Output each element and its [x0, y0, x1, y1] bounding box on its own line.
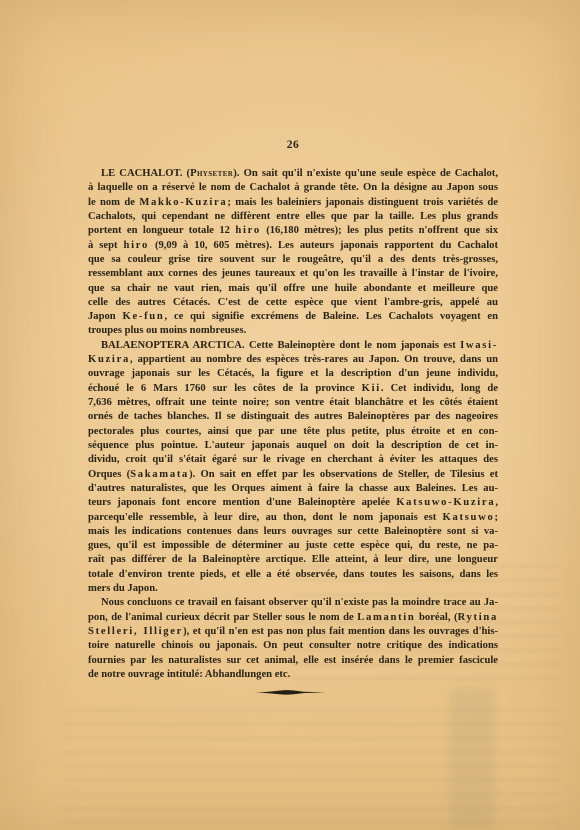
letterspaced-term: Ke-fun	[123, 311, 165, 322]
text-line: échoué le 6 Mars 1760 sur les côtes de l…	[88, 382, 498, 396]
page-number: 26	[88, 139, 498, 151]
body-text: ;	[494, 512, 498, 523]
text-line: pectorales plus courtes, ainsi que par u…	[88, 425, 498, 439]
body-text: celle des autres Cétacés. C'est de cette…	[88, 297, 498, 308]
text-line: Kuzira, appartient au nombre des espèces…	[88, 353, 498, 367]
body-text: Cachalots, qui cependant ne diffèrent en…	[88, 211, 498, 222]
text-line: 7,636 mètres, offrait une teinte noire; …	[88, 396, 498, 410]
text-line: BALAENOPTERA ARCTICA. Cette Baleinoptère…	[88, 339, 498, 353]
body-text: (9,09 à 10, 605 mètres). Les auteurs jap…	[149, 240, 498, 251]
letterspaced-term: Makko-Kuzira	[139, 197, 227, 208]
text-line: le nom de Makko-Kuzira; mais les baleini…	[88, 196, 498, 210]
body-text: gues, qu'il est impossible de déterminer…	[88, 540, 498, 551]
letterspaced-term: Sakamata	[130, 469, 189, 480]
bleedthrough-texture	[450, 688, 494, 830]
text-line: dividu, croit qu'il s'était égaré sur le…	[88, 453, 498, 467]
body-text: . Cet individu, long de	[381, 383, 498, 394]
body-text: d'autres naturalistes, que les Orques ai…	[88, 483, 498, 494]
page: 26 LE CACHALOT. (Physeter). On sait qu'i…	[0, 0, 580, 830]
text-line: à sept hiro (9,09 à 10, 605 mètres). Les…	[88, 239, 498, 253]
text-line: mais les indications contenues dans leur…	[88, 525, 498, 539]
body-text: ; mais les baleiniers japonais distingue…	[227, 197, 498, 208]
text-line: que sa chair ne vaut rien, mais qu'il of…	[88, 282, 498, 296]
letterspaced-term: Kii	[362, 383, 381, 394]
letterspaced-term: Iwasi-	[460, 340, 498, 351]
text-line: portent en longueur totale 12 hiro (16,1…	[88, 224, 498, 238]
body-text: Japon	[88, 311, 123, 322]
text-line: Japon Ke-fun, ce qui signifie excrémens …	[88, 310, 498, 324]
body-text: 7,636 mètres, offrait une teinte noire; …	[88, 397, 498, 408]
body-text: , ce qui signifie excrémens de Baleine. …	[164, 311, 498, 322]
text-line: troupes plus ou moins nombreuses.	[88, 324, 498, 338]
latin-name: Physeter	[190, 168, 233, 179]
body-text: que sa couleur grise tire souvent sur le…	[88, 254, 498, 265]
body-text: séquence plus pointue. L'auteur japonais…	[88, 440, 498, 451]
body-text: le nom de	[88, 197, 139, 208]
body-text: dividu, croit qu'il s'était égaré sur le…	[88, 454, 498, 465]
letterspaced-term: hiro	[124, 240, 149, 251]
body-text: mais les indications contenues dans leur…	[88, 526, 498, 537]
text-line: à laquelle on a réservé le nom de Cachal…	[88, 181, 498, 195]
species-heading: BALAENOPTERA ARCTICA.	[101, 340, 245, 351]
text-line: teurs japonais font encore mention d'une…	[88, 496, 498, 510]
letterspaced-term: Katsuwo-Kuzira	[396, 497, 495, 508]
body-text: que sa chair ne vaut rien, mais qu'il of…	[88, 283, 498, 294]
body-text: (16,180 mètres); les plus petits n'offre…	[261, 225, 498, 236]
body-text: ). On sait en effet par les observations…	[189, 469, 498, 480]
letterspaced-term: Katsuwo	[443, 512, 495, 523]
body-text: teurs japonais font encore mention d'une…	[88, 497, 396, 508]
species-heading: LE CACHALOT. (	[101, 168, 190, 179]
body-text: On sait qu'il n'existe qu'une seule espè…	[239, 168, 498, 179]
body-text: ornés de taches blanches. Il se distingu…	[88, 411, 498, 422]
body-text: parcequ'elle ressemble, à leur dire, au …	[88, 512, 443, 523]
letterspaced-term: Kuzira	[88, 354, 130, 365]
text-line: ressemblant aux cornes des jeunes taurea…	[88, 267, 498, 281]
body-text: à sept	[88, 240, 124, 251]
body-text: ressemblant aux cornes des jeunes taurea…	[88, 268, 498, 279]
body-text: échoué le 6 Mars 1760 sur les côtes de l…	[88, 383, 362, 394]
text-line: d'autres naturalistes, que les Orques ai…	[88, 482, 498, 496]
body-text: Orques (	[88, 469, 130, 480]
body-text: pectorales plus courtes, ainsi que par u…	[88, 426, 498, 437]
body-text: portent en longueur totale 12	[88, 225, 235, 236]
text-line: Cachalots, qui cependant ne diffèrent en…	[88, 210, 498, 224]
text-line: ornés de taches blanches. Il se distingu…	[88, 410, 498, 424]
letterspaced-term: hiro	[235, 225, 260, 236]
text-line: parcequ'elle ressemble, à leur dire, au …	[88, 511, 498, 525]
bleedthrough-texture	[292, 556, 558, 688]
text-line: que sa couleur grise tire souvent sur le…	[88, 253, 498, 267]
text-line: Orques (Sakamata). On sait en effet par …	[88, 468, 498, 482]
body-text: Cette Baleinoptère dont le nom japonais …	[245, 340, 461, 351]
body-text: ouvrage japonais sur les Cétacés, la fig…	[88, 368, 498, 379]
text-line: celle des autres Cétacés. C'est de cette…	[88, 296, 498, 310]
text-line: séquence plus pointue. L'auteur japonais…	[88, 439, 498, 453]
text-line: gues, qu'il est impossible de déterminer…	[88, 539, 498, 553]
body-text: à laquelle on a réservé le nom de Cachal…	[88, 182, 498, 193]
section-divider	[254, 689, 326, 696]
body-text: mers du Japon.	[88, 583, 158, 594]
body-text: troupes plus ou moins nombreuses.	[88, 325, 246, 336]
text-line: LE CACHALOT. (Physeter). On sait qu'il n…	[88, 167, 498, 181]
swelled-rule-icon	[254, 689, 326, 696]
body-text: , appartient au nombre des espèces très-…	[130, 354, 498, 365]
body-text: ,	[495, 497, 498, 508]
body-text: de notre ouvrage intitulé: Abhandlungen …	[88, 669, 290, 680]
letterspaced-term: Stelleri, Illiger	[88, 626, 183, 637]
text-line: ouvrage japonais sur les Cétacés, la fig…	[88, 367, 498, 381]
